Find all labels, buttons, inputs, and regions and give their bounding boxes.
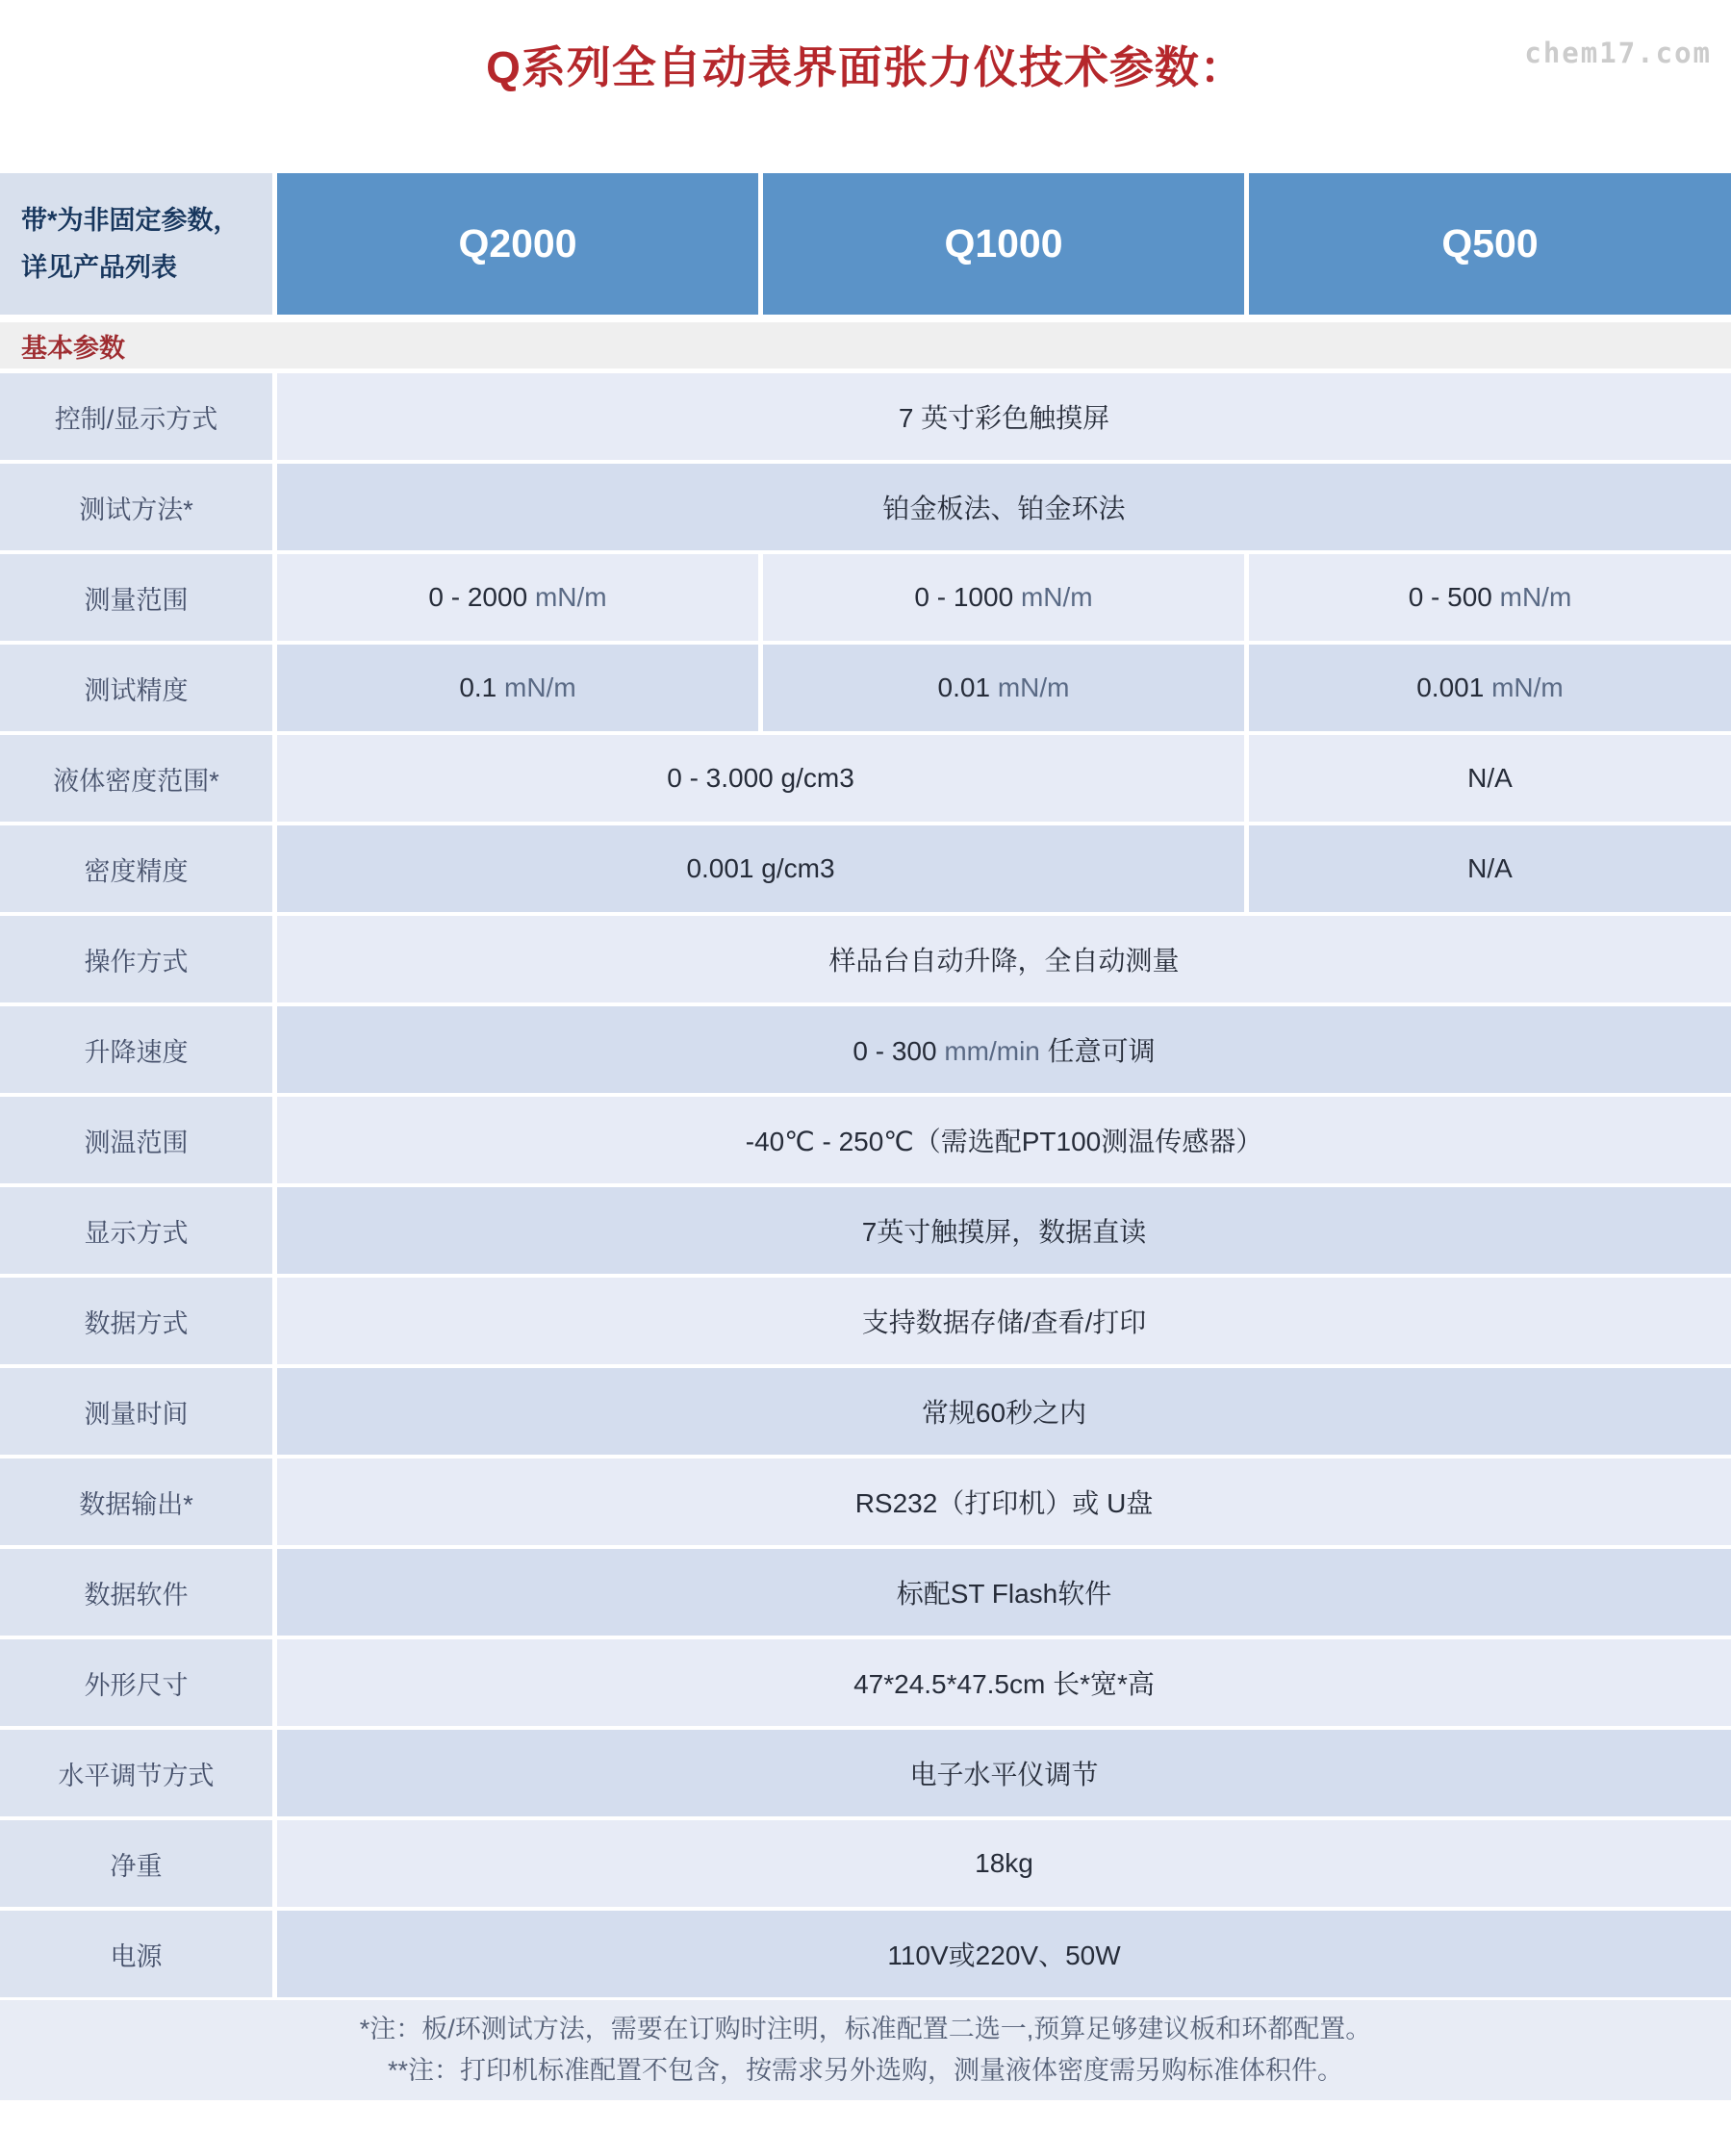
spec-label: 密度精度	[0, 825, 272, 912]
spec-value: 铂金板法、铂金环法	[882, 494, 1125, 523]
corner-note-cell: 带*为非固定参数， 详见产品列表	[0, 173, 272, 315]
spec-value: 支持数据存储/查看/打印	[862, 1307, 1147, 1337]
spec-value: 电子水平仪调节	[909, 1760, 1098, 1789]
spec-value-cell: 0 - 2000 mN/m	[277, 554, 758, 641]
footnotes: *注：板/环测试方法，需要在订购时注明，标准配置二选一,预算足够建议板和环都配置…	[0, 2000, 1731, 2100]
spec-value-cell: 0 - 300 mm/min 任意可调	[277, 1006, 1731, 1093]
spec-value-cell: 样品台自动升降，全自动测量	[277, 916, 1731, 1002]
spec-unit: mN/m	[1500, 582, 1572, 612]
spec-value: 0.01	[938, 672, 998, 702]
spec-value-cell: 7 英寸彩色触摸屏	[277, 373, 1731, 460]
page-title: Q系列全自动表界面张力仪技术参数：	[0, 0, 1731, 96]
footnote-line-2: **注：打印机标准配置不包含，按需求另外选购，测量液体密度需另购标准体积件。	[388, 2054, 1343, 2088]
spec-unit: mm/min	[944, 1036, 1040, 1066]
spec-value-cell: 0 - 1000 mN/m	[763, 554, 1244, 641]
spec-value: 0 - 300	[853, 1036, 944, 1066]
spec-value: 110V或220V、50W	[887, 1940, 1120, 1970]
spec-label: 数据方式	[0, 1278, 272, 1364]
spec-label: 测试方法*	[0, 464, 272, 550]
spec-value: N/A	[1467, 853, 1513, 883]
spec-value: 0.001 g/cm3	[686, 853, 834, 883]
spec-value-cell: 0.01 mN/m	[763, 645, 1244, 731]
spec-label: 升降速度	[0, 1006, 272, 1093]
spec-label: 测温范围	[0, 1097, 272, 1183]
spec-value: 常规60秒之内	[922, 1398, 1086, 1428]
spec-value-cell: 常规60秒之内	[277, 1368, 1731, 1455]
spec-value-cell: 7英寸触摸屏，数据直读	[277, 1187, 1731, 1274]
spec-unit: mN/m	[504, 672, 576, 702]
spec-value: 7英寸触摸屏，数据直读	[862, 1217, 1147, 1247]
spec-value: 0 - 2000	[428, 582, 535, 612]
spec-value-cell: 0 - 500 mN/m	[1249, 554, 1731, 641]
spec-label: 测量时间	[0, 1368, 272, 1455]
spec-label: 显示方式	[0, 1187, 272, 1274]
spec-value-cell: 110V或220V、50W	[277, 1911, 1731, 1997]
spec-value-cell: 标配ST Flash软件	[277, 1549, 1731, 1636]
spec-unit: mN/m	[1021, 582, 1093, 612]
column-header-q2000: Q2000	[277, 173, 758, 315]
spec-label: 测量范围	[0, 554, 272, 641]
spec-value-cell: 铂金板法、铂金环法	[277, 464, 1731, 550]
spec-value-cell: 0.1 mN/m	[277, 645, 758, 731]
spec-value-cell: 0.001 mN/m	[1249, 645, 1731, 731]
spec-value-cell: 18kg	[277, 1820, 1731, 1907]
spec-label: 操作方式	[0, 916, 272, 1002]
spec-unit: mN/m	[998, 672, 1070, 702]
spec-label: 数据输出*	[0, 1458, 272, 1545]
spec-value-cell: N/A	[1249, 735, 1731, 822]
spec-value: 标配ST Flash软件	[897, 1579, 1112, 1609]
column-header-q1000: Q1000	[763, 173, 1244, 315]
spec-label: 液体密度范围*	[0, 735, 272, 822]
corner-note-line1: 带*为非固定参数，	[21, 197, 240, 244]
spec-value-cell: -40℃ - 250℃（需选配PT100测温传感器）	[277, 1097, 1731, 1183]
spec-value: 0 - 3.000 g/cm3	[667, 763, 854, 793]
watermark: chem17.com	[1524, 37, 1712, 69]
spec-value-cell: 0 - 3.000 g/cm3	[277, 735, 1244, 822]
spec-unit: mN/m	[1491, 672, 1564, 702]
spec-value: RS232（打印机）或 U盘	[855, 1488, 1154, 1518]
spec-label: 电源	[0, 1911, 272, 1997]
table-header-row: 带*为非固定参数， 详见产品列表 Q2000 Q1000 Q500	[0, 173, 1731, 315]
spec-value: 样品台自动升降，全自动测量	[828, 946, 1179, 976]
spec-label: 外形尺寸	[0, 1639, 272, 1726]
spec-value: 47*24.5*47.5cm 长*宽*高	[853, 1669, 1155, 1699]
spec-sheet-page: Q系列全自动表界面张力仪技术参数： chem17.com 带*为非固定参数， 详…	[0, 0, 1731, 2156]
footnote-line-1: *注：板/环测试方法，需要在订购时注明，标准配置二选一,预算足够建议板和环都配置…	[360, 2013, 1372, 2046]
corner-note-line2: 详见产品列表	[21, 244, 177, 292]
spec-value: 0 - 1000	[914, 582, 1021, 612]
spec-label: 净重	[0, 1820, 272, 1907]
spec-value: 0 - 500	[1409, 582, 1500, 612]
section-title: 基本参数	[21, 327, 125, 365]
spec-value-cell: 支持数据存储/查看/打印	[277, 1278, 1731, 1364]
spec-value-cell: 电子水平仪调节	[277, 1730, 1731, 1816]
spec-value-cell: RS232（打印机）或 U盘	[277, 1458, 1731, 1545]
spec-label: 测试精度	[0, 645, 272, 731]
spec-value: 7 英寸彩色触摸屏	[899, 403, 1109, 433]
spec-label: 数据软件	[0, 1549, 272, 1636]
spec-value-cell: 0.001 g/cm3	[277, 825, 1244, 912]
section-header-basic-params: 基本参数	[0, 322, 1731, 368]
spec-value: 18kg	[975, 1848, 1033, 1878]
spec-value-suffix: 任意可调	[1040, 1036, 1156, 1066]
spec-value-cell: 47*24.5*47.5cm 长*宽*高	[277, 1639, 1731, 1726]
spec-value-cell: N/A	[1249, 825, 1731, 912]
spec-value: -40℃ - 250℃（需选配PT100测温传感器）	[746, 1127, 1262, 1156]
spec-label: 控制/显示方式	[0, 373, 272, 460]
column-header-q500: Q500	[1249, 173, 1731, 315]
spec-value: 0.001	[1416, 672, 1491, 702]
spec-table: 控制/显示方式 7 英寸彩色触摸屏 测试方法* 铂金板法、铂金环法 测量范围 0…	[0, 373, 1731, 1997]
spec-value: 0.1	[459, 672, 504, 702]
spec-unit: mN/m	[535, 582, 607, 612]
spec-value: N/A	[1467, 763, 1513, 793]
spec-label: 水平调节方式	[0, 1730, 272, 1816]
